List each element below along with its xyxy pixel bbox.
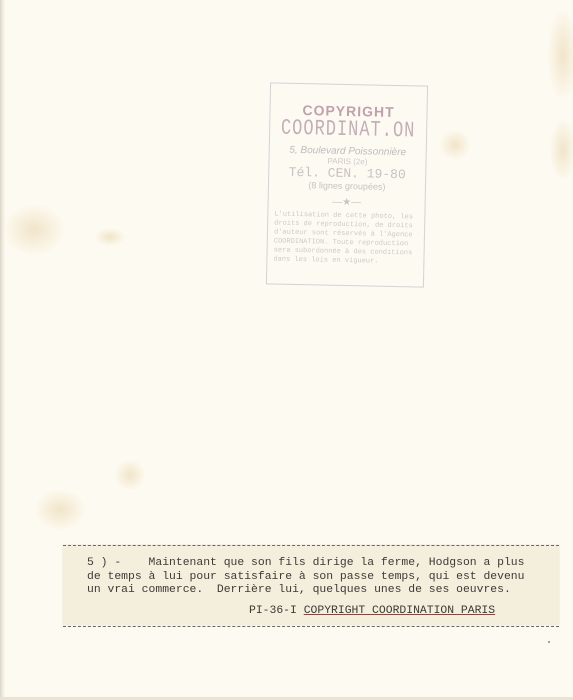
stamp-agency: COORDINAT.ON (270, 117, 426, 145)
photo-edge (0, 0, 5, 700)
age-stain (550, 120, 573, 180)
caption-label: 5 ) - Maintenant que son fils dirige la … (63, 545, 559, 625)
age-stain (35, 490, 85, 530)
age-stain (95, 228, 125, 246)
caption-line: un vrai commerce. Derrière lui, quelques… (87, 584, 524, 598)
stamp-notice: L'utilisation de cette photo, les droits… (273, 210, 418, 267)
stamp-separator: —★— (269, 195, 425, 209)
caption-line: 5 ) - Maintenant que son fils dirige la … (87, 557, 524, 571)
caption-text: 5 ) - Maintenant que son fils dirige la … (87, 557, 524, 598)
caption-reference: PI-36-I COPYRIGHT COORDINATION PARIS (249, 605, 495, 617)
photo-back: COPYRIGHT COORDINAT.ON 5, Boulevard Pois… (0, 0, 573, 700)
copyright-credit: COPYRIGHT COORDINATION PARIS (304, 605, 495, 617)
speck (548, 641, 550, 643)
age-stain (440, 130, 470, 160)
age-stain (4, 205, 64, 255)
caption-divider-top (63, 545, 559, 546)
copyright-stamp: COPYRIGHT COORDINAT.ON 5, Boulevard Pois… (266, 82, 428, 287)
age-stain (115, 460, 145, 490)
reference-code: PI-36-I (249, 605, 297, 617)
caption-divider-bottom (63, 626, 559, 627)
caption-line: de temps à lui pour satisfaire à son pas… (87, 571, 524, 585)
age-stain (548, 10, 573, 100)
